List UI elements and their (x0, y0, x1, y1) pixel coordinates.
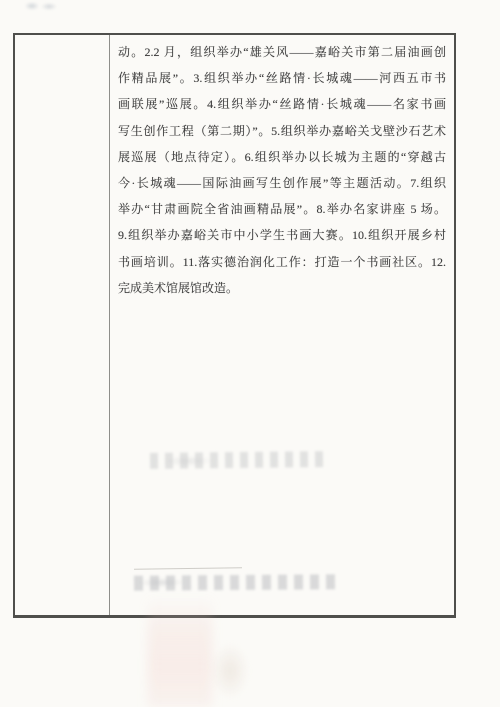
plan-text-block: 动。2.2 月，组织举办“雄关风——嘉峪关市第二届油画创作精品展”。3.组织举办… (118, 39, 446, 301)
text-line: 完成美术馆展馆改造。 (118, 275, 446, 301)
scanner-pink-streak-artifact (148, 596, 212, 707)
scanned-document-page: 动。2.2 月，组织举办“雄关风——嘉峪关市第二届油画创作精品展”。3.组织举办… (0, 0, 500, 707)
table-left-column-empty (15, 35, 110, 615)
text-line: 动。2.2 月，组织举办“雄关风——嘉峪关市第二届油画创 (118, 39, 446, 65)
scan-smudge-artifact (23, 1, 59, 11)
text-line: 写生创作工程（第二期）”。5.组织举办嘉峪关戈壁沙石艺术 (118, 118, 446, 144)
text-line: 作精品展”。3.组织举办“丝路情·长城魂——河西五市书 (118, 65, 446, 91)
text-line: 今·长城魂——国际油画写生创作展”等主题活动。7.组织 (118, 170, 446, 196)
ink-bleedthrough-artifact-middle (150, 451, 328, 469)
text-line: 展巡展（地点待定）。6.组织举办以长城为主题的“穿越古 (118, 144, 446, 170)
ink-bleedthrough-artifact-bottom (134, 574, 336, 590)
text-line: 9.组织举办嘉峪关市中小学生书画大赛。10.组织开展乡村 (118, 222, 446, 248)
scanner-blob-artifact (209, 640, 251, 702)
text-line: 举办“甘肃画院全省油画精品展”。8.举办名家讲座 5 场。 (118, 196, 446, 222)
work-plan-table: 动。2.2 月，组织举办“雄关风——嘉峪关市第二届油画创作精品展”。3.组织举办… (13, 33, 456, 618)
text-line: 书画培训。11.落实德治润化工作：打造一个书画社区。12. (118, 249, 446, 275)
text-line: 画联展”巡展。4.组织举办“丝路情·长城魂——名家书画 (118, 91, 446, 117)
table-content-cell: 动。2.2 月，组织举办“雄关风——嘉峪关市第二届油画创作精品展”。3.组织举办… (110, 35, 454, 615)
